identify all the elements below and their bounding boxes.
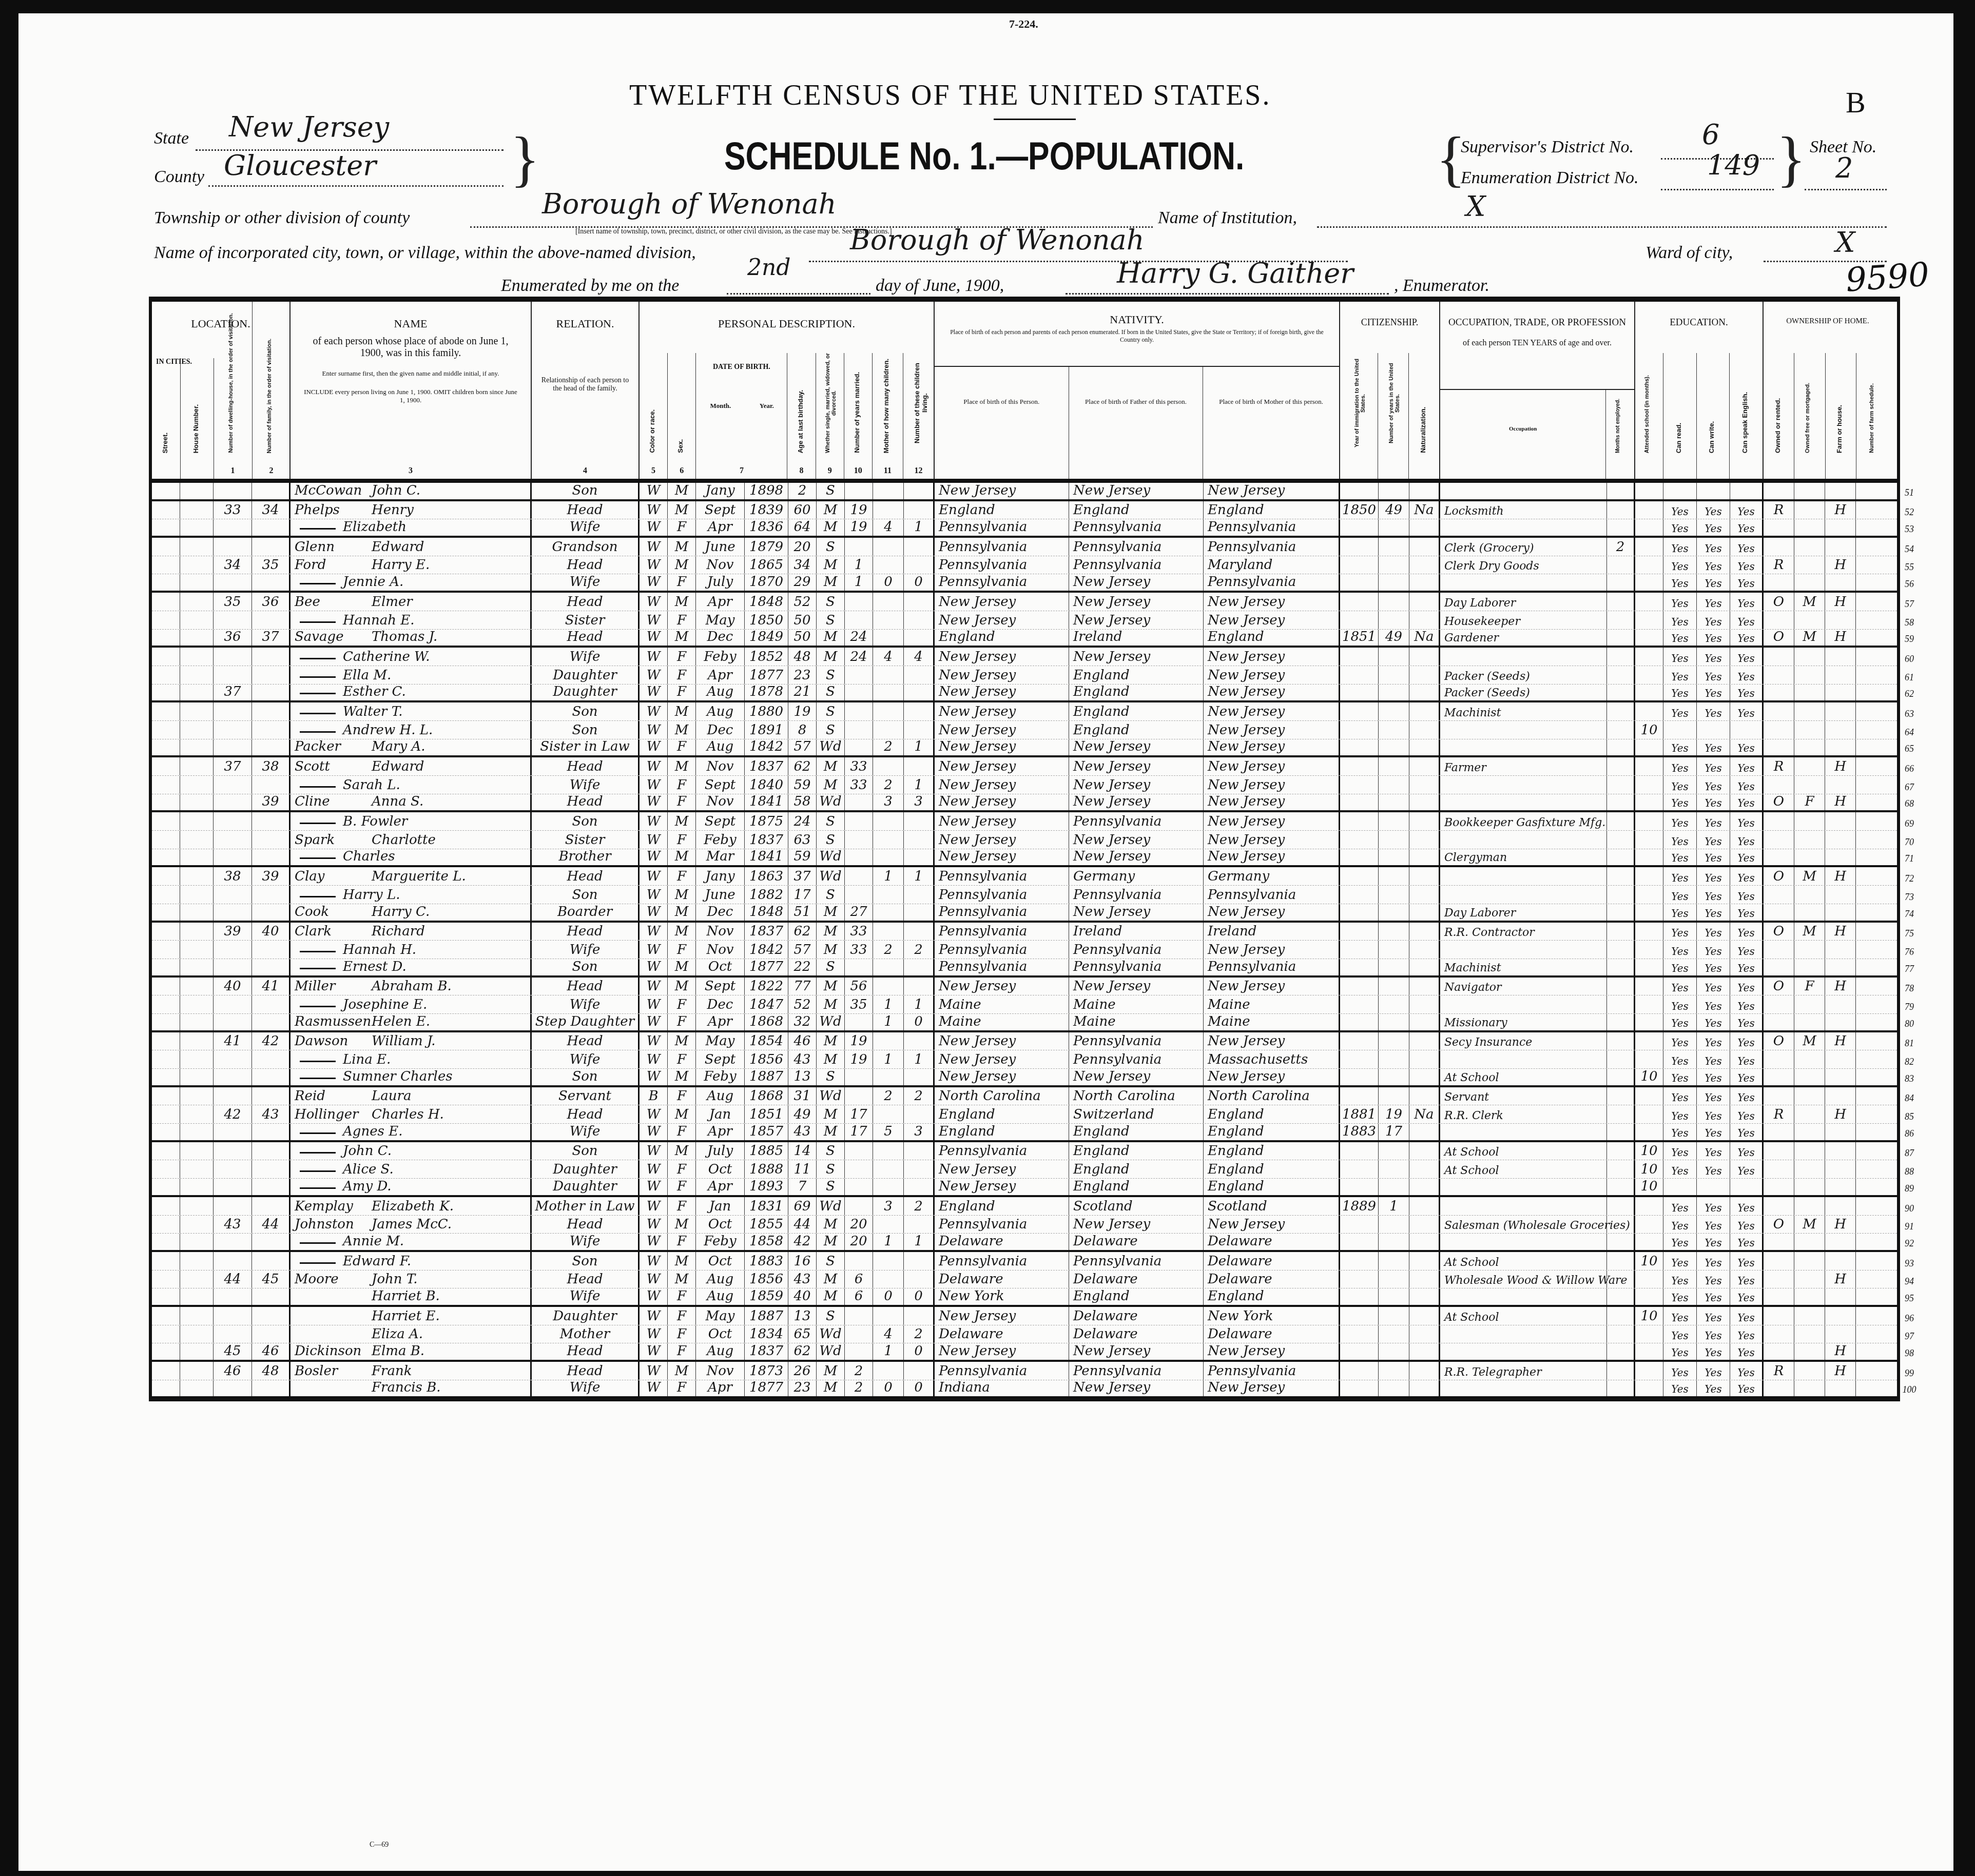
can-write-cell: [1697, 721, 1730, 739]
immigration-year-cell: [1340, 849, 1379, 866]
birthplace-mother-cell: New Jersey: [1204, 721, 1340, 739]
birthplace-person-cell: New Jersey: [935, 849, 1069, 866]
can-read-cell: Yes: [1663, 739, 1697, 756]
family-number-cell: 35: [252, 556, 291, 574]
farm-schedule-cell: 54: [1856, 538, 1889, 556]
immigration-year-cell: [1340, 1032, 1379, 1050]
farm-schedule-cell: 66: [1856, 757, 1889, 775]
table-row: 36 37 SavageThomas J. Head W M Dec 1849 …: [152, 630, 1897, 648]
attended-school-cell: [1635, 1032, 1663, 1050]
farm-house-cell: [1825, 666, 1856, 684]
family-number-cell: [252, 574, 291, 591]
can-read-cell: Yes: [1663, 941, 1697, 959]
birth-year-cell: 1840: [745, 776, 788, 794]
occupation-cell: [1440, 1288, 1607, 1305]
relation-cell: Head: [532, 1105, 640, 1123]
month-heading: Month.: [696, 402, 745, 410]
naturalization-cell: [1409, 1197, 1440, 1215]
surname: Dickinson: [295, 1343, 372, 1359]
naturalization-cell: [1409, 776, 1440, 794]
farm-schedule-cell: 65: [1856, 739, 1889, 756]
can-read-cell: [1663, 483, 1697, 499]
family-number-cell: [252, 1069, 291, 1085]
mother-of-cell: [873, 1179, 904, 1195]
person-name-cell: JohnstonJames McC.: [291, 1216, 532, 1234]
farm-schedule-cell: 79: [1856, 995, 1889, 1013]
given-name: Harry L.: [343, 887, 400, 903]
birthplace-father-cell: New Jersey: [1069, 794, 1204, 811]
line-number: 54: [1894, 544, 1925, 555]
birth-month-cell: May: [696, 1307, 745, 1325]
birth-month-cell: Feby: [696, 1234, 745, 1250]
sex-cell: F: [668, 685, 696, 701]
owned-rented-cell: O: [1764, 630, 1794, 646]
birthplace-father-cell: Switzerland: [1069, 1105, 1204, 1123]
years-married-cell: [845, 959, 873, 975]
naturalization-cell: [1409, 923, 1440, 941]
years-married-cell: 27: [845, 904, 873, 921]
marital-cell: S: [817, 538, 845, 556]
years-married-cell: [845, 1087, 873, 1105]
years-in-us-cell: [1379, 941, 1409, 959]
table-row: 35 36 BeeElmer Head W M Apr 1848 52 S Ne…: [152, 593, 1897, 611]
given-name: Annie M.: [343, 1234, 404, 1249]
relation-cell: Wife: [532, 648, 640, 666]
mother-of-cell: [873, 1252, 904, 1270]
free-mortgaged-heading: Owned free or mortgaged.: [1805, 383, 1811, 453]
birth-month-cell: Apr: [696, 1014, 745, 1030]
months-unemployed-cell: [1607, 794, 1635, 811]
color-cell: W: [640, 1307, 668, 1325]
dwelling-number-cell: [214, 1380, 252, 1397]
attended-school-cell: [1635, 666, 1663, 684]
table-header: LOCATION. IN CITIES. Street. House Numbe…: [152, 302, 1897, 483]
given-name: Charlotte: [372, 832, 436, 848]
months-unemployed-cell: [1607, 1380, 1635, 1397]
free-mortgaged-cell: F: [1794, 978, 1825, 995]
years-in-us-cell: [1379, 1087, 1409, 1105]
birthplace-father-cell: Pennsylvania: [1069, 959, 1204, 975]
can-speak-cell: Yes: [1730, 1087, 1764, 1105]
birthplace-person-cell: Delaware: [935, 1325, 1069, 1343]
mother-of-cell: 1: [873, 1014, 904, 1030]
dwelling-number-cell: [214, 812, 252, 830]
relation-heading: RELATION.: [532, 302, 638, 330]
mother-of-heading: Mother of how many children.: [882, 359, 890, 453]
years-married-cell: 24: [845, 630, 873, 646]
farm-schedule-cell: 81: [1856, 1032, 1889, 1050]
house-number-cell: [180, 959, 214, 975]
relation-cell: Wife: [532, 1050, 640, 1068]
children-living-cell: [904, 1069, 935, 1085]
sex-cell: F: [668, 995, 696, 1013]
months-unemployed-cell: [1607, 1160, 1635, 1178]
relation-cell: Wife: [532, 776, 640, 794]
birthplace-person-cell: Pennsylvania: [935, 1362, 1069, 1380]
can-write-cell: Yes: [1697, 1160, 1730, 1178]
person-name-cell: FordHarry E.: [291, 556, 532, 574]
house-number-cell: [180, 1234, 214, 1250]
owned-rented-cell: [1764, 685, 1794, 701]
farm-house-cell: [1825, 1380, 1856, 1397]
ditto-dash: [300, 1132, 336, 1134]
farm-house-cell: [1825, 1069, 1856, 1085]
birthplace-mother-cell: New Jersey: [1204, 1032, 1340, 1050]
age-cell: 21: [788, 685, 817, 701]
mother-of-cell: [873, 812, 904, 830]
free-mortgaged-cell: [1794, 1142, 1825, 1160]
person-name-cell: Andrew H. L.: [291, 721, 532, 739]
marital-cell: Wd: [817, 1087, 845, 1105]
name-instruction: INCLUDE every person living on June 1, 1…: [291, 383, 531, 409]
surname: Clark: [295, 924, 372, 939]
can-speak-cell: Yes: [1730, 1105, 1764, 1123]
months-unemployed-cell: [1607, 648, 1635, 666]
street-cell: [152, 611, 180, 629]
naturalization-cell: [1409, 1271, 1440, 1288]
attended-school-cell: [1635, 794, 1663, 811]
years-in-us-cell: 19: [1379, 1105, 1409, 1123]
street-cell: [152, 1105, 180, 1123]
children-living-cell: [904, 904, 935, 921]
house-number-cell: [180, 538, 214, 556]
mother-of-cell: 2: [873, 941, 904, 959]
given-name: Lina E.: [343, 1052, 391, 1067]
months-unemployed-cell: [1607, 1252, 1635, 1270]
given-name: Sumner Charles: [343, 1069, 453, 1084]
family-number-cell: 48: [252, 1362, 291, 1380]
farm-house-cell: [1825, 685, 1856, 701]
col-num: 3: [291, 466, 531, 476]
age-cell: 20: [788, 538, 817, 556]
marital-cell: M: [817, 757, 845, 775]
children-living-cell: [904, 812, 935, 830]
relation-cell: Son: [532, 1142, 640, 1160]
mother-of-cell: 1: [873, 1050, 904, 1068]
given-name: B. Fowler: [343, 814, 408, 829]
months-unemployed-cell: [1607, 1325, 1635, 1343]
farm-house-cell: [1825, 1252, 1856, 1270]
birthplace-person-cell: Pennsylvania: [935, 904, 1069, 921]
years-in-us-cell: [1379, 757, 1409, 775]
table-row: PackerMary A. Sister in Law W F Aug 1842…: [152, 739, 1897, 758]
marital-cell: Wd: [817, 1197, 845, 1215]
free-mortgaged-cell: [1794, 757, 1825, 775]
children-living-cell: [904, 630, 935, 646]
sex-cell: M: [668, 501, 696, 519]
free-mortgaged-cell: [1794, 1234, 1825, 1250]
can-read-cell: Yes: [1663, 1271, 1697, 1288]
occupation-cell: [1440, 721, 1607, 739]
person-name-cell: Eliza A.: [291, 1325, 532, 1343]
farm-schedule-cell: 84: [1856, 1087, 1889, 1105]
birthplace-father-cell: New Jersey: [1069, 648, 1204, 666]
street-heading: Street.: [161, 433, 169, 453]
years-married-cell: [845, 483, 873, 499]
given-name: Alice S.: [343, 1162, 394, 1177]
table-row: 33 34 PhelpsHenry Head W M Sept 1839 60 …: [152, 501, 1897, 520]
marital-cell: S: [817, 886, 845, 904]
sex-cell: M: [668, 1105, 696, 1123]
farm-house-cell: [1825, 776, 1856, 794]
sex-cell: M: [668, 1069, 696, 1085]
birth-year-cell: 1883: [745, 1252, 788, 1270]
street-cell: [152, 1234, 180, 1250]
birth-month-cell: Nov: [696, 1362, 745, 1380]
line-number: 77: [1894, 964, 1925, 974]
farm-schedule-cell: 53: [1856, 519, 1889, 536]
given-name: Josephine E.: [343, 997, 427, 1012]
color-cell: W: [640, 630, 668, 646]
birth-month-cell: Apr: [696, 1179, 745, 1195]
owned-rented-cell: [1764, 1325, 1794, 1343]
relation-cell: Wife: [532, 1288, 640, 1305]
can-write-cell: Yes: [1697, 538, 1730, 556]
free-mortgaged-cell: [1794, 1069, 1825, 1085]
attended-school-cell: [1635, 1105, 1663, 1123]
birth-month-cell: May: [696, 611, 745, 629]
dwelling-number-cell: [214, 519, 252, 536]
occupation-cell: Servant: [1440, 1087, 1607, 1105]
birthplace-person-cell: New Jersey: [935, 666, 1069, 684]
months-unemployed-cell: [1607, 721, 1635, 739]
street-cell: [152, 995, 180, 1013]
months-unemployed-cell: [1607, 812, 1635, 830]
farm-house-cell: [1825, 1325, 1856, 1343]
children-living-cell: 1: [904, 995, 935, 1013]
table-row: Annie M. Wife W F Feby 1858 42 M 20 1 1 …: [152, 1234, 1897, 1252]
family-number-cell: [252, 648, 291, 666]
birth-year-cell: 1870: [745, 574, 788, 591]
can-speak-cell: Yes: [1730, 867, 1764, 885]
age-cell: 51: [788, 904, 817, 921]
years-in-us-cell: [1379, 995, 1409, 1013]
person-name-cell: Ella M.: [291, 666, 532, 684]
occupation-cell: [1440, 519, 1607, 536]
immigration-year-cell: [1340, 702, 1379, 720]
street-cell: [152, 1288, 180, 1305]
color-cell: W: [640, 1234, 668, 1250]
farm-schedule-cell: 85: [1856, 1105, 1889, 1123]
can-speak-cell: Yes: [1730, 1050, 1764, 1068]
months-unemployed-cell: [1607, 831, 1635, 849]
years-in-us-cell: [1379, 666, 1409, 684]
family-number-cell: [252, 959, 291, 975]
occupation-cell: [1440, 886, 1607, 904]
line-number: 74: [1894, 909, 1925, 920]
person-name-cell: DawsonWilliam J.: [291, 1032, 532, 1050]
table-row: Charles Brother W M Mar 1841 59 Wd New J…: [152, 849, 1897, 868]
table-row: GlennEdward Grandson W M June 1879 20 S …: [152, 538, 1897, 556]
city-value: Borough of Wenonah: [850, 224, 1145, 256]
line-number: 79: [1894, 1002, 1925, 1012]
birth-month-cell: Aug: [696, 1288, 745, 1305]
family-number-cell: 42: [252, 1032, 291, 1050]
attended-school-cell: [1635, 648, 1663, 666]
immigration-year-cell: [1340, 1014, 1379, 1030]
birthplace-father-cell: Delaware: [1069, 1325, 1204, 1343]
person-name-cell: Sumner Charles: [291, 1069, 532, 1085]
street-cell: [152, 501, 180, 519]
farm-schedule-cell: 95: [1856, 1288, 1889, 1305]
relation-description: Relationship of each person to the head …: [532, 330, 638, 393]
color-cell: W: [640, 1288, 668, 1305]
attended-school-cell: [1635, 776, 1663, 794]
dwelling-number-cell: [214, 941, 252, 959]
table-row: Jennie A. Wife W F July 1870 29 M 1 0 0 …: [152, 574, 1897, 593]
can-write-cell: [1697, 1179, 1730, 1195]
immigration-year-cell: [1340, 1234, 1379, 1250]
birth-month-cell: May: [696, 1032, 745, 1050]
immigration-year-cell: [1340, 1142, 1379, 1160]
can-speak-cell: Yes: [1730, 1234, 1764, 1250]
birth-month-cell: Nov: [696, 794, 745, 811]
color-cell: W: [640, 831, 668, 849]
relation-cell: Head: [532, 1271, 640, 1288]
mother-of-cell: [873, 611, 904, 629]
birth-year-cell: 1837: [745, 1343, 788, 1360]
farm-schedule-cell: 63: [1856, 702, 1889, 720]
occupation-cell: [1440, 1380, 1607, 1397]
farm-schedule-cell: 62: [1856, 685, 1889, 701]
free-mortgaged-cell: [1794, 519, 1825, 536]
birthplace-father-cell: New Jersey: [1069, 1216, 1204, 1234]
can-speak-cell: Yes: [1730, 904, 1764, 921]
street-cell: [152, 1160, 180, 1178]
naturalization-cell: [1409, 1087, 1440, 1105]
owned-rented-cell: [1764, 1050, 1794, 1068]
immigration-year-cell: 1881: [1340, 1105, 1379, 1123]
house-number-cell: [180, 1343, 214, 1360]
farm-schedule-cell: 96: [1856, 1307, 1889, 1325]
can-speak-cell: Yes: [1730, 995, 1764, 1013]
personal-heading: PERSONAL DESCRIPTION.: [640, 302, 934, 330]
farm-house-cell: [1825, 721, 1856, 739]
years-married-cell: [845, 721, 873, 739]
given-name: Francis B.: [372, 1380, 441, 1395]
person-name-cell: PackerMary A.: [291, 739, 532, 756]
line-number: 97: [1894, 1331, 1925, 1342]
marital-cell: Wd: [817, 1325, 845, 1343]
years-married-cell: [845, 812, 873, 830]
marital-cell: Wd: [817, 794, 845, 811]
free-mortgaged-cell: [1794, 831, 1825, 849]
col-num: 2: [252, 466, 291, 476]
age-cell: 32: [788, 1014, 817, 1030]
table-row: 44 45 MooreJohn T. Head W M Aug 1856 43 …: [152, 1271, 1897, 1289]
sex-cell: F: [668, 1014, 696, 1030]
naturalization-cell: Na: [1409, 501, 1440, 519]
age-cell: 17: [788, 886, 817, 904]
farm-house-cell: H: [1825, 1032, 1856, 1050]
birth-year-cell: 1847: [745, 995, 788, 1013]
line-number: 100: [1894, 1384, 1925, 1395]
immigration-year-cell: [1340, 757, 1379, 775]
color-cell: W: [640, 904, 668, 921]
relation-cell: Head: [532, 1032, 640, 1050]
birth-month-cell: Oct: [696, 1160, 745, 1178]
street-cell: [152, 867, 180, 885]
farm-house-cell: [1825, 574, 1856, 591]
sex-cell: M: [668, 923, 696, 941]
relation-cell: Son: [532, 721, 640, 739]
dwelling-number-cell: 43: [214, 1216, 252, 1234]
color-cell: W: [640, 794, 668, 811]
family-number-cell: [252, 739, 291, 756]
years-in-us-cell: [1379, 923, 1409, 941]
table-row: 37 Esther C. Daughter W F Aug 1878 21 S …: [152, 685, 1897, 703]
mother-of-cell: [873, 849, 904, 866]
dwelling-number-cell: [214, 959, 252, 975]
sheet-line: [1805, 189, 1887, 190]
table-row: McCowanJohn C. Son W M Jany 1898 2 S New…: [152, 483, 1897, 501]
months-unemployed-cell: [1607, 1271, 1635, 1288]
street-cell: [152, 702, 180, 720]
street-cell: [152, 1307, 180, 1325]
birthplace-father-cell: England: [1069, 1160, 1204, 1178]
person-name-cell: Alice S.: [291, 1160, 532, 1178]
street-cell: [152, 1271, 180, 1288]
age-cell: 14: [788, 1142, 817, 1160]
birthplace-father-cell: New Jersey: [1069, 904, 1204, 921]
marital-cell: S: [817, 702, 845, 720]
sex-cell: F: [668, 1380, 696, 1397]
age-cell: 43: [788, 1124, 817, 1140]
family-number-cell: [252, 776, 291, 794]
can-write-cell: Yes: [1697, 1288, 1730, 1305]
given-name: Amy D.: [343, 1179, 392, 1194]
can-speak-cell: Yes: [1730, 1252, 1764, 1270]
age-cell: 62: [788, 757, 817, 775]
free-mortgaged-cell: [1794, 941, 1825, 959]
relation-cell: Wife: [532, 1124, 640, 1140]
can-write-cell: Yes: [1697, 1216, 1730, 1234]
relation-cell: Head: [532, 630, 640, 646]
birthplace-father-cell: England: [1069, 1288, 1204, 1305]
children-living-cell: [904, 721, 935, 739]
years-in-us-cell: [1379, 776, 1409, 794]
birthplace-mother-cell: England: [1204, 630, 1340, 646]
street-cell: [152, 1380, 180, 1397]
family-number-cell: [252, 1252, 291, 1270]
naturalization-cell: [1409, 1216, 1440, 1234]
farm-schedule-cell: 98: [1856, 1343, 1889, 1360]
owned-rented-cell: [1764, 1069, 1794, 1085]
attended-school-cell: 10: [1635, 1307, 1663, 1325]
birthplace-mother-cell: Maine: [1204, 995, 1340, 1013]
given-name: Elmer: [372, 594, 413, 610]
attended-school-cell: [1635, 1124, 1663, 1140]
person-name-cell: B. Fowler: [291, 812, 532, 830]
family-number-cell: 44: [252, 1216, 291, 1234]
marital-cell: M: [817, 1124, 845, 1140]
given-name: James McC.: [372, 1217, 452, 1232]
county-label: County: [154, 167, 204, 187]
person-name-cell: BeeElmer: [291, 593, 532, 611]
dwelling-number-cell: [214, 849, 252, 866]
schedule-title: SCHEDULE No. 1.—POPULATION.: [724, 134, 1244, 179]
can-speak-cell: Yes: [1730, 1160, 1764, 1178]
family-number-cell: [252, 538, 291, 556]
owned-rented-heading: Owned or rented.: [1774, 398, 1782, 453]
naturalization-cell: [1409, 794, 1440, 811]
street-cell: [152, 1069, 180, 1085]
farm-house-cell: [1825, 1307, 1856, 1325]
brace: }: [510, 124, 540, 194]
age-cell: 50: [788, 630, 817, 646]
birth-year-cell: 1841: [745, 794, 788, 811]
house-number-cell: [180, 904, 214, 921]
